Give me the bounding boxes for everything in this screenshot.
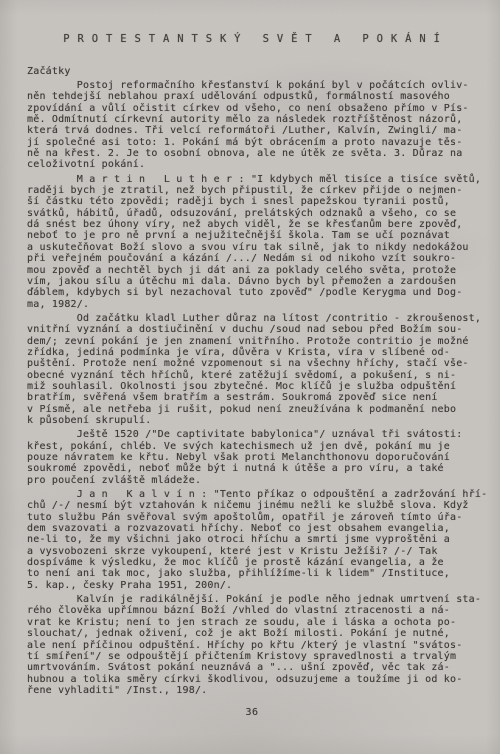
page-number: 36 — [27, 707, 477, 718]
paragraph-jan-kalvin-quote: J a n K a l v í n : "Tento příkaz o odpo… — [27, 489, 477, 591]
paragraph-kalvin-radical: Kalvín je radikálnější. Pokání je podle … — [27, 594, 477, 696]
page-title: P R O T E S T A N T S K Ý S V Ě T A P O … — [27, 33, 477, 45]
paragraph-luther-contritio: Od začátku kladl Luther důraz na lítost … — [27, 313, 477, 426]
section-heading: Začátky — [27, 66, 477, 77]
page-content: P R O T E S T A N T S K Ý S V Ě T A P O … — [27, 0, 477, 718]
scanned-page: P R O T E S T A N T S K Ý S V Ě T A P O … — [0, 0, 500, 754]
paragraph-intro: Postoj reformačního křesťanství k pokání… — [27, 80, 477, 171]
paragraph-martin-luther-quote: M a r t i n L u t h e r : "I kdybych měl… — [27, 174, 477, 310]
paragraph-de-captivitate: Ještě 1520 /"De captivitate babylonica"/… — [27, 429, 477, 486]
